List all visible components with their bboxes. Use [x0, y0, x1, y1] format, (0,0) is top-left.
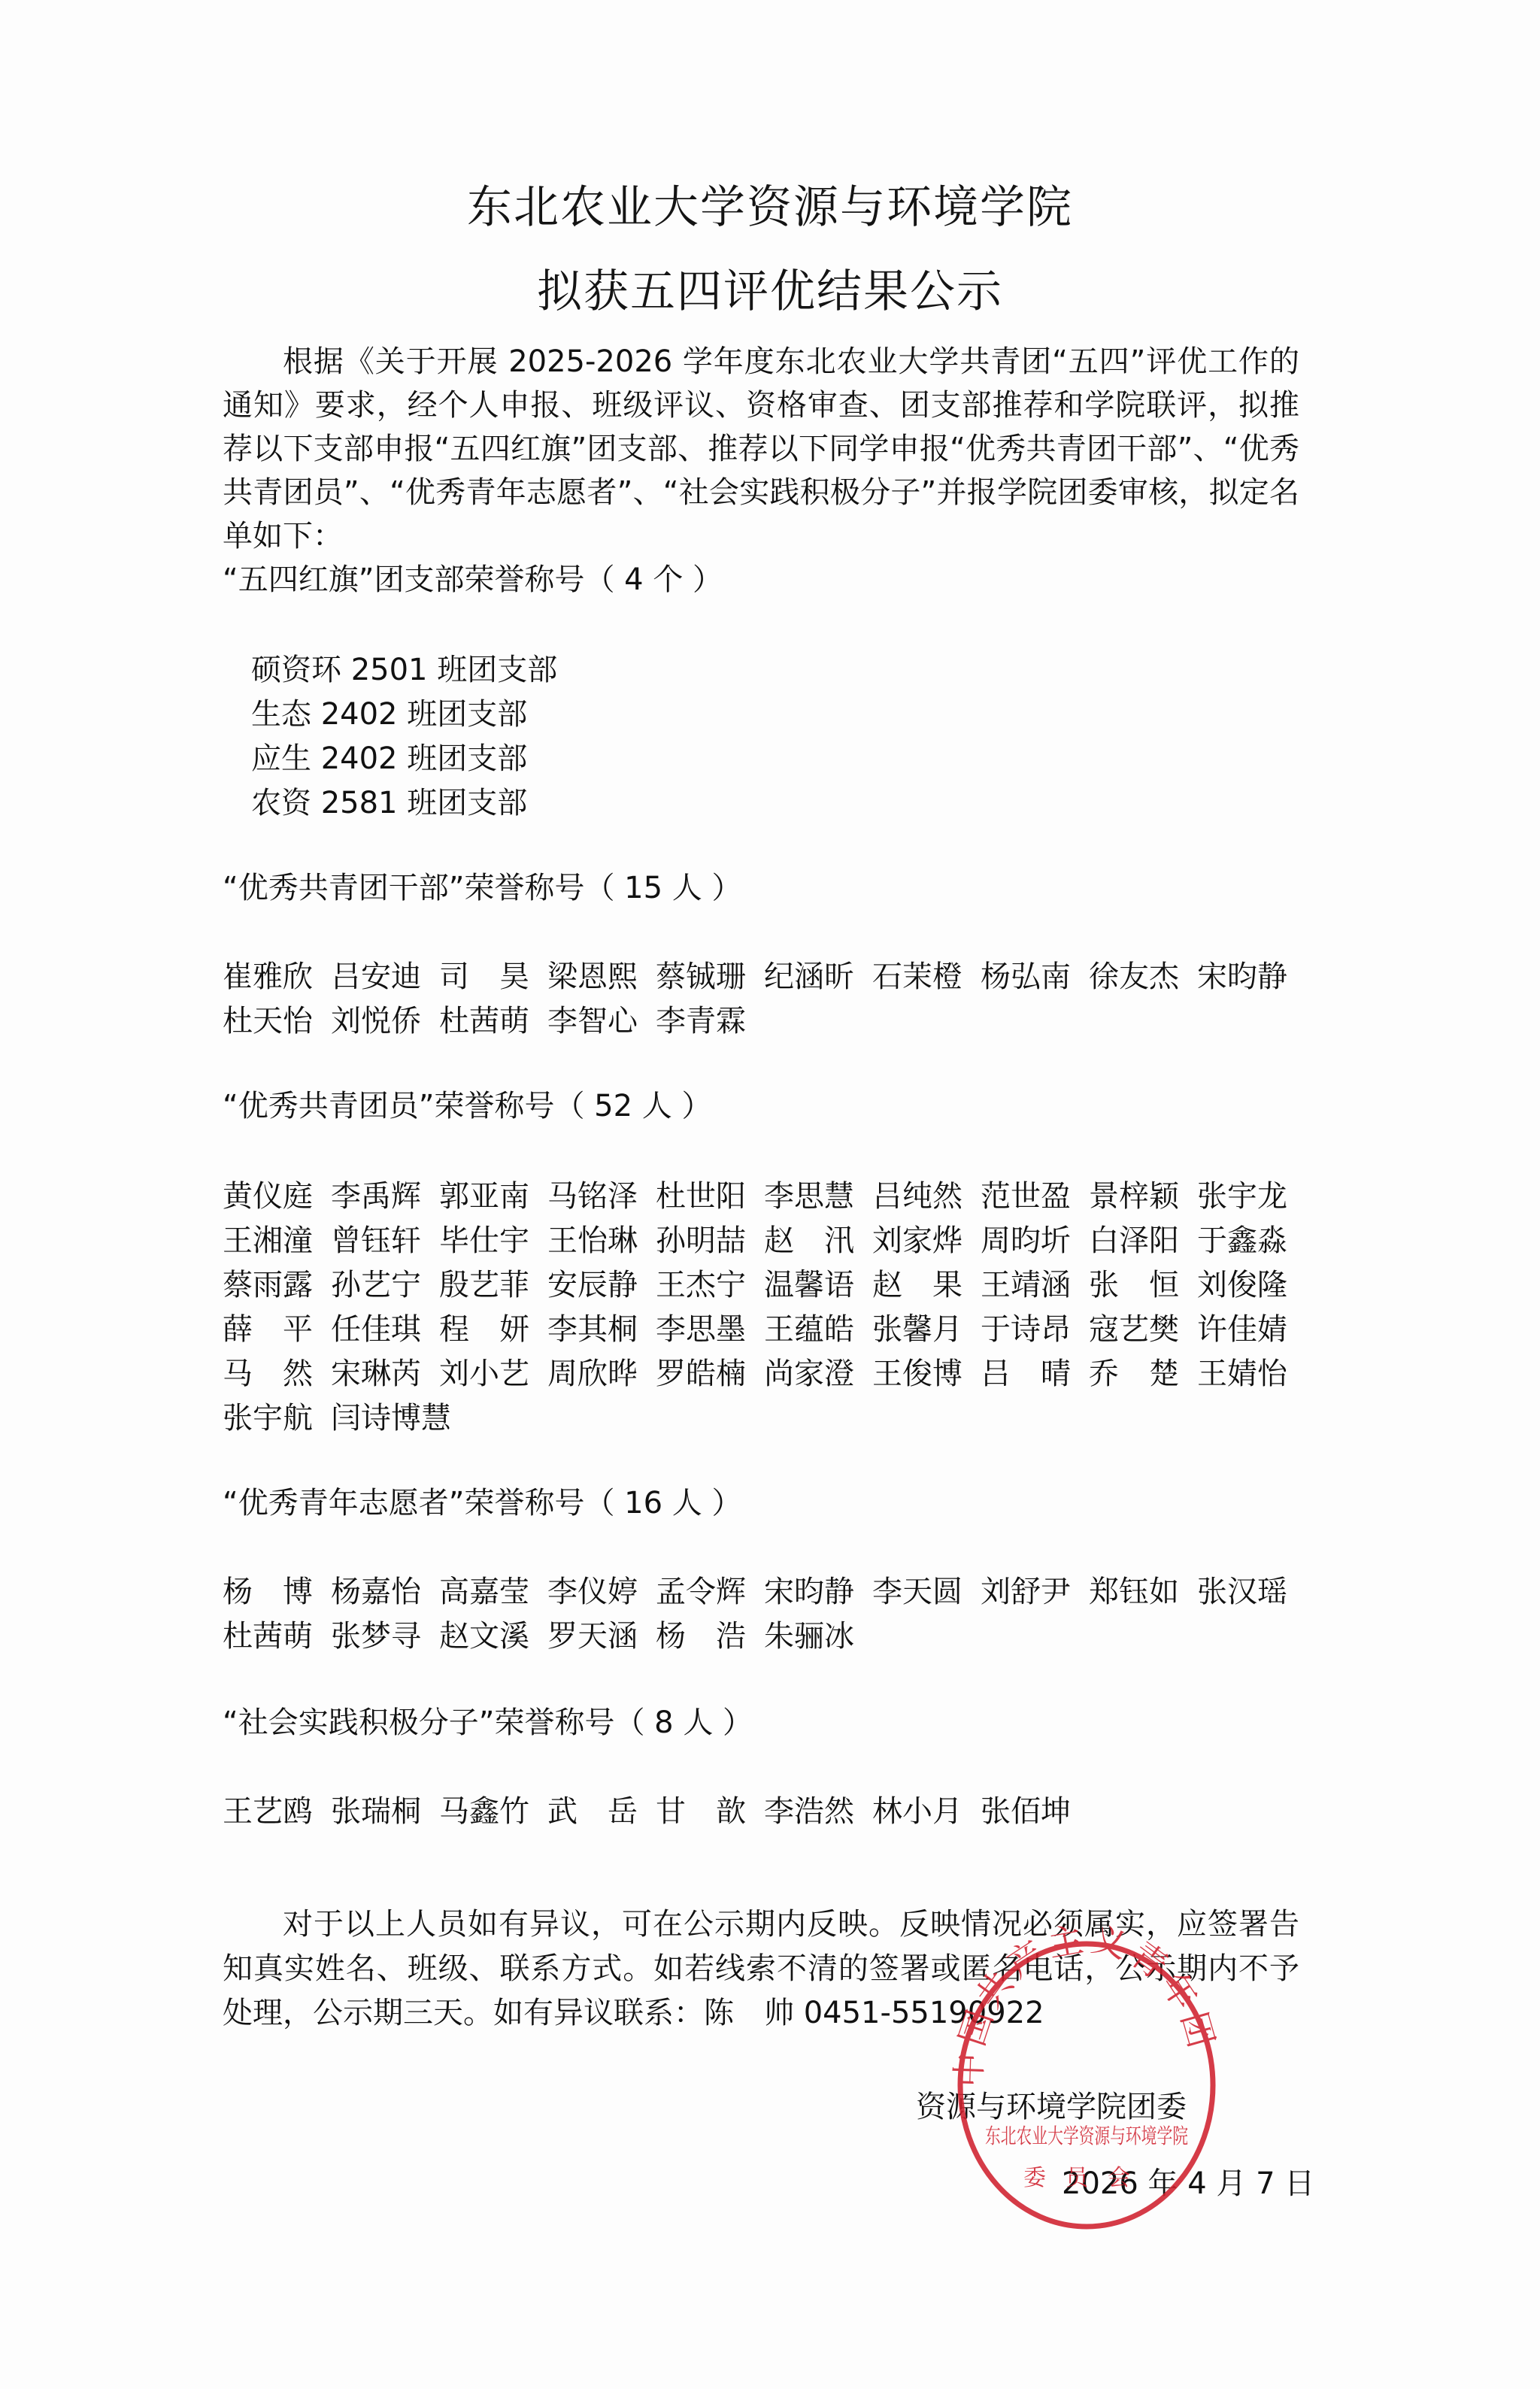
person-name: 李禹辉: [331, 1175, 439, 1219]
person-name: 张宇航: [223, 1396, 331, 1441]
branch-item: 生态 2402 班团支部: [251, 693, 557, 737]
document-subtitle: 拟获五四评优结果公示: [0, 256, 1540, 320]
person-name: 张馨月: [872, 1308, 981, 1352]
person-name: 薛 平: [223, 1308, 331, 1352]
person-name: 王靖涵: [981, 1263, 1089, 1308]
person-name: 孙艺宁: [331, 1263, 439, 1308]
branch-item: 应生 2402 班团支部: [251, 737, 557, 781]
person-name: 刘舒尹: [981, 1570, 1089, 1614]
intro-paragraph: 根据《关于开展 2025-2026 学年度东北农业大学共青团“五四”评优工作的通…: [223, 340, 1299, 558]
person-name: 吕 晴: [981, 1352, 1089, 1396]
person-name: 李思墨: [656, 1308, 764, 1352]
person-name: 张佰坤: [981, 1790, 1089, 1834]
person-name: 周欣晔: [547, 1352, 656, 1396]
person-name: 李智心: [547, 999, 656, 1044]
branch-item: 农资 2581 班团支部: [251, 781, 557, 826]
person-name: 任佳琪: [331, 1308, 439, 1352]
person-name: 甘 歆: [656, 1790, 764, 1834]
person-name: 于诗昂: [981, 1308, 1089, 1352]
person-name: 司 昊: [439, 955, 547, 999]
person-name: 寇艺樊: [1089, 1308, 1197, 1352]
person-name: 李天圆: [872, 1570, 981, 1614]
person-name: 李思慧: [764, 1175, 872, 1219]
person-name: 张宇龙: [1197, 1175, 1305, 1219]
person-name: 宋昀静: [1197, 955, 1305, 999]
person-name: 殷艺菲: [439, 1263, 547, 1308]
person-name: 刘小艺: [439, 1352, 547, 1396]
excellent-member-names: 黄仪庭李禹辉郭亚南马铭泽杜世阳李思慧吕纯然范世盈景梓颖张宇龙王湘潼曾钰轩毕仕宇王…: [223, 1175, 1305, 1441]
person-name: 于鑫淼: [1197, 1219, 1305, 1263]
person-name: 郭亚南: [439, 1175, 547, 1219]
person-name: 程 妍: [439, 1308, 547, 1352]
person-name: 杜茜萌: [223, 1614, 331, 1659]
person-name: 刘悦侨: [331, 999, 439, 1044]
person-name: 毕仕宇: [439, 1219, 547, 1263]
person-name: 李青霖: [656, 999, 764, 1044]
person-name: 蔡铖珊: [656, 955, 764, 999]
person-name: 杨嘉怡: [331, 1570, 439, 1614]
person-name: 范世盈: [981, 1175, 1089, 1219]
person-name: 王俊博: [872, 1352, 981, 1396]
person-name: 杜世阳: [656, 1175, 764, 1219]
person-name: 赵 汛: [764, 1219, 872, 1263]
person-name: 许佳婧: [1197, 1308, 1305, 1352]
person-name: 安辰静: [547, 1263, 656, 1308]
section-heading-red-flag-branch: “五四红旗”团支部荣誉称号（ 4 个 ）: [223, 558, 723, 602]
person-name: 孟令辉: [656, 1570, 764, 1614]
seal-inner-text: 东北农业大学资源与环境学院: [985, 2124, 1188, 2148]
person-name: 高嘉莹: [439, 1570, 547, 1614]
person-name: 林小月: [872, 1790, 981, 1834]
person-name: 罗皓楠: [656, 1352, 764, 1396]
person-name: 杜茜萌: [439, 999, 547, 1044]
person-name: 宋琳芮: [331, 1352, 439, 1396]
person-name: 杜天怡: [223, 999, 331, 1044]
person-name: 马 然: [223, 1352, 331, 1396]
person-name: 杨 浩: [656, 1614, 764, 1659]
person-name: 黄仪庭: [223, 1175, 331, 1219]
document-title: 东北农业大学资源与环境学院: [0, 171, 1540, 236]
person-name: 白泽阳: [1089, 1219, 1197, 1263]
person-name: 李其桐: [547, 1308, 656, 1352]
person-name: 宋昀静: [764, 1570, 872, 1614]
person-name: 赵 果: [872, 1263, 981, 1308]
section-heading-excellent-cadre: “优秀共青团干部”荣誉称号（ 15 人 ）: [223, 866, 742, 910]
person-name: 王艺鸥: [223, 1790, 331, 1834]
person-name: 乔 楚: [1089, 1352, 1197, 1396]
person-name: 梁恩熙: [547, 955, 656, 999]
person-name: 蔡雨露: [223, 1263, 331, 1308]
person-name: 闫诗博慧: [331, 1396, 439, 1441]
signature-organization: 资源与环境学院团委: [916, 2083, 1187, 2126]
social-practice-names: 王艺鸥张瑞桐马鑫竹武 岳甘 歆李浩然林小月张佰坤: [223, 1790, 1305, 1834]
person-name: 马鑫竹: [439, 1790, 547, 1834]
person-name: 朱骊冰: [764, 1614, 872, 1659]
person-name: 尚家澄: [764, 1352, 872, 1396]
signature-date: 2026 年 4 月 7 日: [1062, 2160, 1314, 2203]
person-name: 景梓颖: [1089, 1175, 1197, 1219]
person-name: 曾钰轩: [331, 1219, 439, 1263]
person-name: 张梦寻: [331, 1614, 439, 1659]
person-name: 纪涵昕: [764, 955, 872, 999]
person-name: 王怡琳: [547, 1219, 656, 1263]
person-name: 杨弘南: [981, 955, 1089, 999]
person-name: 郑钰如: [1089, 1570, 1197, 1614]
person-name: 温馨语: [764, 1263, 872, 1308]
branch-item: 硕资环 2501 班团支部: [251, 648, 557, 693]
person-name: 马铭泽: [547, 1175, 656, 1219]
person-name: 李仪婷: [547, 1570, 656, 1614]
excellent-cadre-names: 崔雅欣吕安迪司 昊梁恩熙蔡铖珊纪涵昕石茉橙杨弘南徐友杰宋昀静杜天怡刘悦侨杜茜萌李…: [223, 955, 1305, 1044]
person-name: 徐友杰: [1089, 955, 1197, 999]
excellent-volunteer-names: 杨 博杨嘉怡高嘉莹李仪婷孟令辉宋昀静李天圆刘舒尹郑钰如张汉瑶杜茜萌张梦寻赵文溪罗…: [223, 1570, 1305, 1659]
person-name: 李浩然: [764, 1790, 872, 1834]
person-name: 王蕴皓: [764, 1308, 872, 1352]
person-name: 吕纯然: [872, 1175, 981, 1219]
person-name: 周昀圻: [981, 1219, 1089, 1263]
person-name: 刘家烨: [872, 1219, 981, 1263]
person-name: 张汉瑶: [1197, 1570, 1305, 1614]
person-name: 杨 博: [223, 1570, 331, 1614]
person-name: 武 岳: [547, 1790, 656, 1834]
person-name: 孙明喆: [656, 1219, 764, 1263]
red-flag-branch-list: 硕资环 2501 班团支部 生态 2402 班团支部 应生 2402 班团支部 …: [251, 648, 557, 826]
person-name: 张瑞桐: [331, 1790, 439, 1834]
person-name: 崔雅欣: [223, 955, 331, 999]
person-name: 王湘潼: [223, 1219, 331, 1263]
section-heading-excellent-volunteer: “优秀青年志愿者”荣誉称号（ 16 人 ）: [223, 1481, 742, 1525]
person-name: 王婧怡: [1197, 1352, 1305, 1396]
person-name: 赵文溪: [439, 1614, 547, 1659]
person-name: 罗天涵: [547, 1614, 656, 1659]
person-name: 王杰宁: [656, 1263, 764, 1308]
person-name: 吕安迪: [331, 955, 439, 999]
closing-paragraph: 对于以上人员如有异议，可在公示期内反映。反映情况必须属实，应签署告知真实姓名、班…: [223, 1902, 1299, 2036]
person-name: 张 恒: [1089, 1263, 1197, 1308]
section-heading-excellent-member: “优秀共青团员”荣誉称号（ 52 人 ）: [223, 1084, 712, 1128]
person-name: 石茉橙: [872, 955, 981, 999]
section-heading-social-practice: “社会实践积极分子”荣誉称号（ 8 人 ）: [223, 1701, 753, 1745]
person-name: 刘俊隆: [1197, 1263, 1305, 1308]
notice-page: 东北农业大学资源与环境学院 拟获五四评优结果公示 根据《关于开展 2025-20…: [0, 0, 1540, 2389]
